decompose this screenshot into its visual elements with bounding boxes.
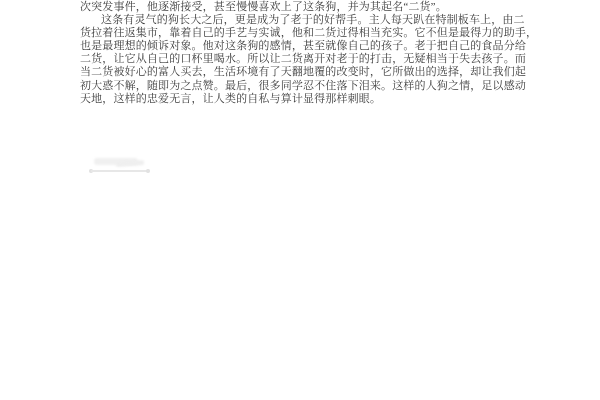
watermark-scribble-icon bbox=[116, 160, 144, 167]
text-line: 二货，让它从自己的口杯里喝水。所以让二货离开对老于的打击，无疑相当于失去孩子。而 bbox=[80, 53, 522, 66]
faint-watermark bbox=[86, 156, 156, 178]
watermark-dot-icon bbox=[146, 169, 150, 173]
body-text-block: 次突发事件，他逐渐接受，甚至慢慢喜欢上了这条狗，并为其起名“二货”。 这条有灵气… bbox=[80, 1, 522, 106]
text-line: 货拉着往返集市，靠着自己的手艺与实诚，他和二货过得相当充实。它不但是最得力的助手… bbox=[80, 27, 522, 40]
text-line: 这条有灵气的狗长大之后，更是成为了老于的好帮手。主人每天趴在特制板车上，由二 bbox=[80, 14, 522, 27]
text-line: 初大惑不解，随即为之点赞。最后，很多同学忍不住落下泪来。这样的人狗之情，足以感动 bbox=[80, 80, 522, 93]
watermark-underline bbox=[91, 170, 149, 172]
text-line: 也是最理想的倾诉对象。他对这条狗的感情，甚至就像自己的孩子。老于把自己的食品分给 bbox=[80, 40, 522, 53]
text-line: 天地，这样的忠爱无言，让人类的自私与算计显得那样刺眼。 bbox=[80, 93, 522, 106]
text-line: 次突发事件，他逐渐接受，甚至慢慢喜欢上了这条狗，并为其起名“二货”。 bbox=[80, 1, 522, 14]
text-line: 当二货被好心的富人买去，生活环境有了天翻地覆的改变时，它所做出的选择，却让我们起 bbox=[80, 66, 522, 79]
document-page: 次突发事件，他逐渐接受，甚至慢慢喜欢上了这条狗，并为其起名“二货”。 这条有灵气… bbox=[0, 0, 600, 400]
